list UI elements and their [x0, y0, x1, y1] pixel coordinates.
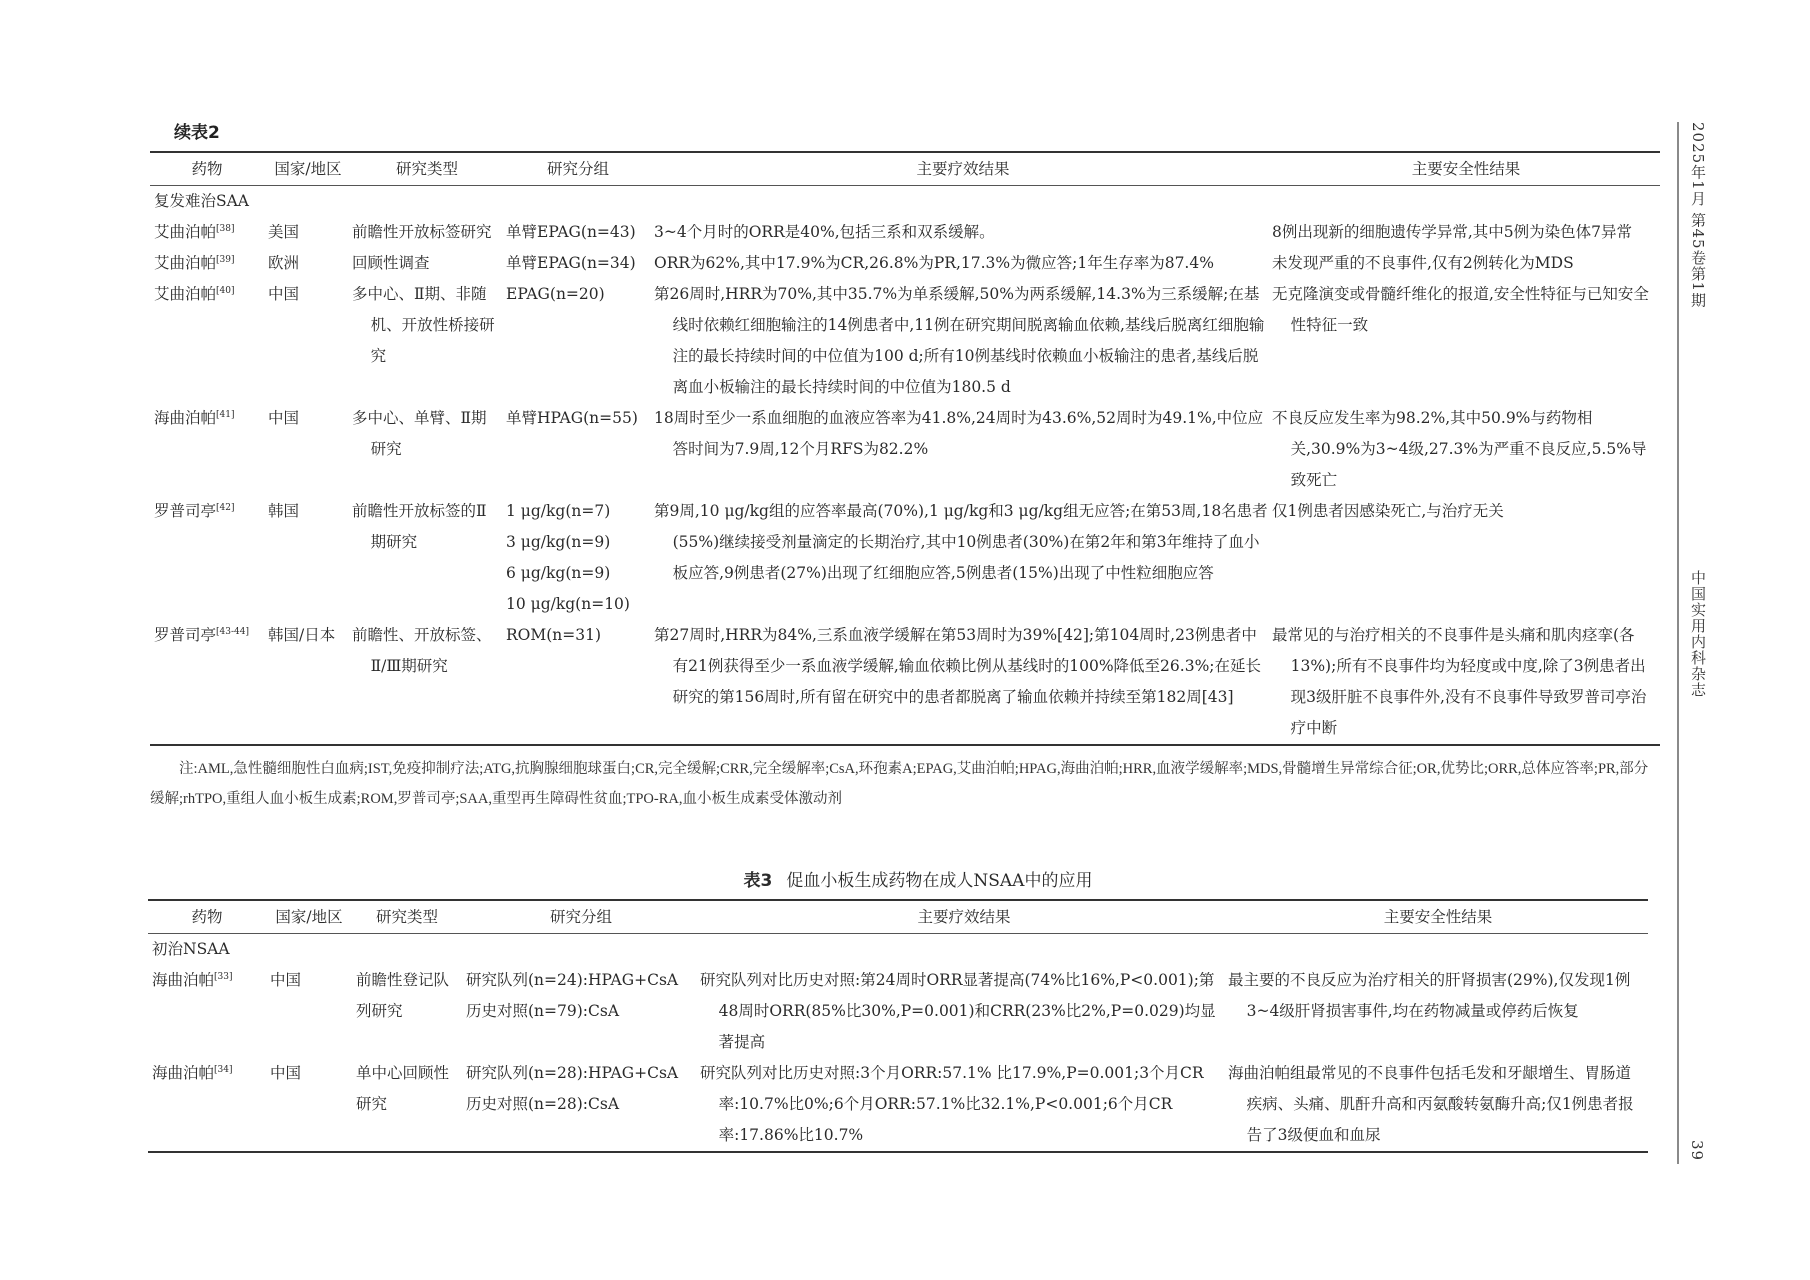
table-row: 海曲泊帕[34] 中国 单中心回顾性研究 研究队列(n=28):HPAG+CsA… [148, 1058, 1648, 1152]
groups-cell: ROM(n=31) [502, 620, 654, 745]
region-cell: 欧洲 [264, 248, 352, 279]
region-cell: 中国 [264, 403, 352, 496]
col-header-drug: 药物 [150, 152, 264, 186]
groups-cell: EPAG(n=20) [502, 279, 654, 403]
groups-cell: 单臂EPAG(n=34) [502, 248, 654, 279]
section-label: 复发难治SAA [150, 186, 1660, 218]
table3-header-row: 药物 国家/地区 研究类型 研究分组 主要疗效结果 主要安全性结果 [148, 900, 1648, 934]
section-label: 初治NSAA [148, 934, 1648, 966]
groups-cell: 单臂HPAG(n=55) [502, 403, 654, 496]
table3-title: 表3促血小板生成药物在成人NSAA中的应用 [188, 866, 1648, 891]
page-number: 39 [1688, 1140, 1706, 1161]
col-header-region: 国家/地区 [266, 900, 352, 934]
region-cell: 中国 [266, 965, 352, 1058]
drug-cell: 海曲泊帕[41] [150, 403, 264, 496]
table-row: 艾曲泊帕[40] 中国 多中心、Ⅱ期、非随机、开放性桥接研究 EPAG(n=20… [150, 279, 1660, 403]
efficacy-cell: 研究队列对比历史对照:第24周时ORR显著提高(74%比16%,P<0.001)… [700, 965, 1228, 1058]
safety-cell: 未发现严重的不良事件,仅有2例转化为MDS [1272, 248, 1660, 279]
table3-block: 表3促血小板生成药物在成人NSAA中的应用 药物 国家/地区 研究类型 研究分组… [148, 866, 1648, 1153]
efficacy-cell: 3~4个月时的ORR是40%,包括三系和双系缓解。 [654, 217, 1272, 248]
drug-cell: 海曲泊帕[34] [148, 1058, 266, 1152]
study-type-cell: 前瞻性、开放标签、Ⅱ/Ⅲ期研究 [352, 620, 502, 745]
col-header-safety: 主要安全性结果 [1272, 152, 1660, 186]
col-header-study-type: 研究类型 [352, 152, 502, 186]
table-row: 海曲泊帕[41] 中国 多中心、单臂、Ⅱ期研究 单臂HPAG(n=55) 18周… [150, 403, 1660, 496]
region-cell: 韩国 [264, 496, 352, 620]
safety-cell: 无克隆演变或骨髓纤维化的报道,安全性特征与已知安全性特征一致 [1272, 279, 1660, 403]
efficacy-cell: 第26周时,HRR为70%,其中35.7%为单系缓解,50%为两系缓解,14.3… [654, 279, 1272, 403]
study-type-cell: 多中心、Ⅱ期、非随机、开放性桥接研究 [352, 279, 502, 403]
region-cell: 中国 [264, 279, 352, 403]
table2-caption: 续表2 [174, 118, 1660, 143]
region-cell: 中国 [266, 1058, 352, 1152]
margin-rule [1677, 122, 1679, 1164]
table-row: 罗普司亭[42] 韩国 前瞻性开放标签的Ⅱ期研究 1 μg/kg(n=7) 3 … [150, 496, 1660, 620]
section-row: 初治NSAA [148, 934, 1648, 966]
groups-cell: 研究队列(n=28):HPAG+CsA 历史对照(n=28):CsA [462, 1058, 700, 1152]
efficacy-cell: ORR为62%,其中17.9%为CR,26.8%为PR,17.3%为微应答;1年… [654, 248, 1272, 279]
efficacy-cell: 研究队列对比历史对照:3个月ORR:57.1% 比17.9%,P=0.001;3… [700, 1058, 1228, 1152]
col-header-safety: 主要安全性结果 [1228, 900, 1648, 934]
drug-cell: 艾曲泊帕[38] [150, 217, 264, 248]
groups-cell: 1 μg/kg(n=7) 3 μg/kg(n=9) 6 μg/kg(n=9) 1… [502, 496, 654, 620]
study-type-cell: 回顾性调查 [352, 248, 502, 279]
table2: 药物 国家/地区 研究类型 研究分组 主要疗效结果 主要安全性结果 复发难治SA… [150, 151, 1660, 746]
study-type-cell: 前瞻性开放标签的Ⅱ期研究 [352, 496, 502, 620]
section-row: 复发难治SAA [150, 186, 1660, 218]
col-header-efficacy: 主要疗效结果 [654, 152, 1272, 186]
table2-block: 续表2 药物 国家/地区 研究类型 研究分组 主要疗效结果 主要安全性结果 复发… [150, 118, 1660, 814]
col-header-region: 国家/地区 [264, 152, 352, 186]
table2-footnote: 注:AML,急性髓细胞性白血病;IST,免疫抑制疗法;ATG,抗胸腺细胞球蛋白;… [150, 754, 1660, 814]
efficacy-cell: 18周时至少一系血细胞的血液应答率为41.8%,24周时为43.6%,52周时为… [654, 403, 1272, 496]
drug-cell: 艾曲泊帕[39] [150, 248, 264, 279]
efficacy-cell: 第9周,10 μg/kg组的应答率最高(70%),1 μg/kg和3 μg/kg… [654, 496, 1272, 620]
safety-cell: 最常见的与治疗相关的不良事件是头痛和肌肉痉挛(各13%);所有不良事件均为轻度或… [1272, 620, 1660, 745]
safety-cell: 8例出现新的细胞遗传学异常,其中5例为染色体7异常 [1272, 217, 1660, 248]
table3-number: 表3 [744, 871, 773, 891]
table3-title-text: 促血小板生成药物在成人NSAA中的应用 [786, 871, 1092, 891]
study-type-cell: 单中心回顾性研究 [352, 1058, 462, 1152]
col-header-efficacy: 主要疗效结果 [700, 900, 1228, 934]
table-row: 海曲泊帕[33] 中国 前瞻性登记队列研究 研究队列(n=24):HPAG+Cs… [148, 965, 1648, 1058]
table-row: 艾曲泊帕[39] 欧洲 回顾性调查 单臂EPAG(n=34) ORR为62%,其… [150, 248, 1660, 279]
region-cell: 韩国/日本 [264, 620, 352, 745]
table2-header-row: 药物 国家/地区 研究类型 研究分组 主要疗效结果 主要安全性结果 [150, 152, 1660, 186]
efficacy-cell: 第27周时,HRR为84%,三系血液学缓解在第53周时为39%[42];第104… [654, 620, 1272, 745]
study-type-cell: 多中心、单臂、Ⅱ期研究 [352, 403, 502, 496]
drug-cell: 海曲泊帕[33] [148, 965, 266, 1058]
study-type-cell: 前瞻性登记队列研究 [352, 965, 462, 1058]
journal-issue: 2025年1月 第45卷第1期 [1688, 122, 1709, 308]
study-type-cell: 前瞻性开放标签研究 [352, 217, 502, 248]
safety-cell: 仅1例患者因感染死亡,与治疗无关 [1272, 496, 1660, 620]
drug-cell: 艾曲泊帕[40] [150, 279, 264, 403]
table-row: 罗普司亭[43-44] 韩国/日本 前瞻性、开放标签、Ⅱ/Ⅲ期研究 ROM(n=… [150, 620, 1660, 745]
region-cell: 美国 [264, 217, 352, 248]
table3: 药物 国家/地区 研究类型 研究分组 主要疗效结果 主要安全性结果 初治NSAA… [148, 899, 1648, 1153]
groups-cell: 研究队列(n=24):HPAG+CsA 历史对照(n=79):CsA [462, 965, 700, 1058]
col-header-groups: 研究分组 [502, 152, 654, 186]
safety-cell: 不良反应发生率为98.2%,其中50.9%与药物相关,30.9%为3~4级,27… [1272, 403, 1660, 496]
groups-cell: 单臂EPAG(n=43) [502, 217, 654, 248]
safety-cell: 海曲泊帕组最常见的不良事件包括毛发和牙龈增生、胃肠道疾病、头痛、肌酐升高和丙氨酸… [1228, 1058, 1648, 1152]
col-header-groups: 研究分组 [462, 900, 700, 934]
col-header-drug: 药物 [148, 900, 266, 934]
col-header-study-type: 研究类型 [352, 900, 462, 934]
journal-name: 中国实用内科杂志 [1688, 570, 1709, 698]
safety-cell: 最主要的不良反应为治疗相关的肝肾损害(29%),仅发现1例3~4级肝肾损害事件,… [1228, 965, 1648, 1058]
drug-cell: 罗普司亭[42] [150, 496, 264, 620]
table-row: 艾曲泊帕[38] 美国 前瞻性开放标签研究 单臂EPAG(n=43) 3~4个月… [150, 217, 1660, 248]
drug-cell: 罗普司亭[43-44] [150, 620, 264, 745]
